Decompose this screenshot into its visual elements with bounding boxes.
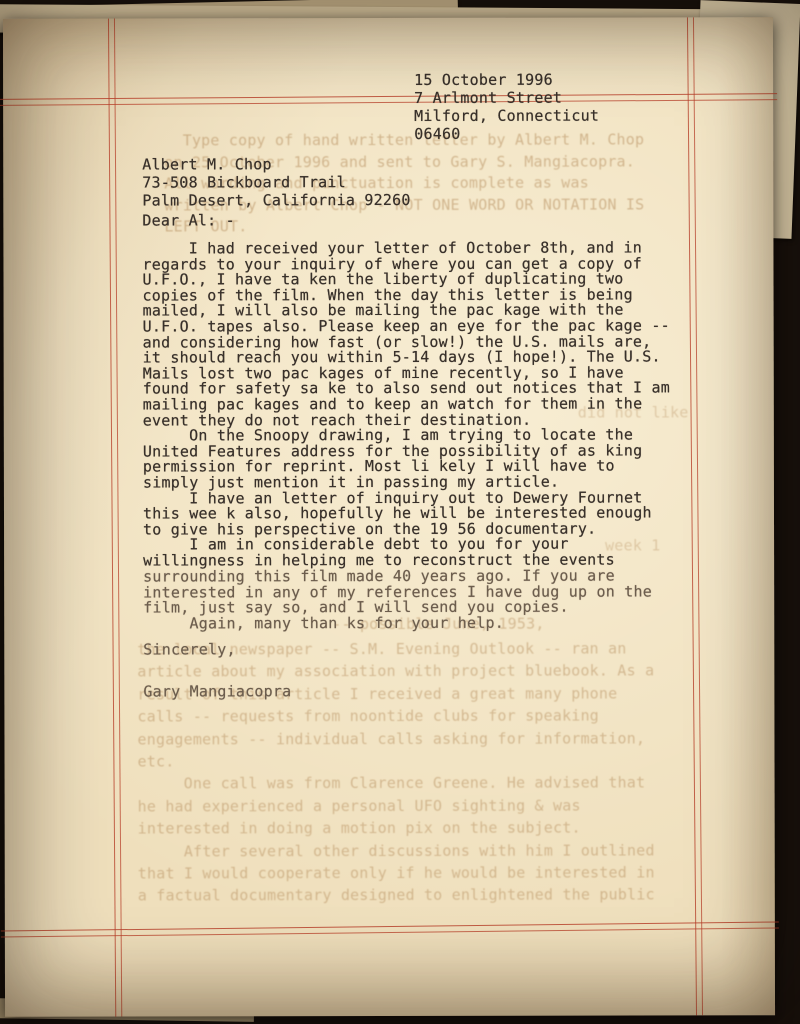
letter-page: Type copy of hand written letter by Albe… — [3, 17, 775, 1017]
recipient-address: Albert M. Chop 73-508 Bickboard Trail Pa… — [142, 155, 410, 210]
letter-body: I had received your letter of October 8t… — [142, 240, 670, 569]
date-and-sender-address: 15 October 1996 7 Arlmont Street Milford… — [414, 71, 599, 143]
bleed-through-lower-note: the local newspaper -- S.M. Evening Outl… — [137, 637, 654, 907]
salutation: Dear Al: - — [142, 213, 235, 229]
closing: Sincerely, — [143, 642, 236, 658]
red-rule-vertical-left — [108, 19, 122, 1017]
red-rule-horizontal-top — [0, 93, 777, 106]
red-rule-vertical-right — [687, 17, 703, 1015]
letter-body-faded-lines: surrounding this film made 40 years ago.… — [143, 568, 652, 631]
photo-background: Type copy of hand written letter by Albe… — [0, 0, 800, 1024]
signature-name: Gary Mangiacopra — [143, 684, 291, 700]
